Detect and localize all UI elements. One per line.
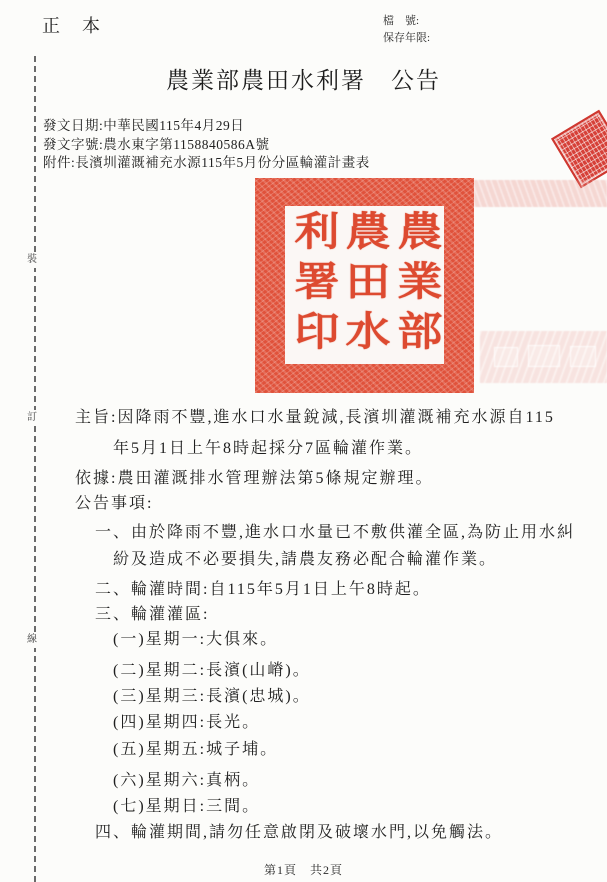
page-number-footer: 第1頁 共2頁 bbox=[0, 861, 607, 878]
binding-line bbox=[34, 56, 36, 882]
binding-char-zhuang: 裝 bbox=[22, 252, 42, 268]
item-3-rotation-zones: 三、輪灌灌區: bbox=[95, 601, 209, 624]
binding-char-ding: 訂 bbox=[22, 410, 42, 426]
zone-tuesday: (二)星期二:長濱(山嵴)。 bbox=[113, 657, 311, 680]
file-number-label: 檔 號: bbox=[383, 13, 430, 30]
binding-char-xian: 線 bbox=[22, 632, 42, 648]
item-1-line-2: 紛及造成不必要損失,請農友務必配合輪灌作業。 bbox=[113, 546, 497, 569]
official-seal: 農業部 農田水 利署印 bbox=[255, 178, 474, 393]
stamp-ghost-mark-top bbox=[474, 180, 607, 207]
document-meta: 發文日期:中華民國115年4月29日 發文字號:農水東字第1158840586A… bbox=[43, 117, 370, 173]
ghost-glyph bbox=[570, 346, 596, 367]
issue-date-line: 發文日期:中華民國115年4月29日 bbox=[43, 117, 370, 136]
basis-line: 依據:農田灌溉排水管理辦法第5條規定辦理。 bbox=[75, 465, 433, 488]
official-seal-text: 農業部 農田水 利署印 bbox=[285, 206, 444, 364]
zone-friday: (五)星期五:城子埔。 bbox=[113, 736, 278, 759]
document-title: 農業部農田水利署 公告 bbox=[0, 62, 607, 95]
document-number-line: 發文字號:農水東字第1158840586A號 bbox=[43, 136, 370, 155]
subject-line-1: 主旨:因降雨不豐,進水口水量銳減,長濱圳灌溉補充水源自115 bbox=[75, 404, 555, 427]
document-page: 裝 訂 線 正 本 檔 號: 保存年限: 農業部農田水利署 公告 發文日期:中華… bbox=[0, 0, 607, 882]
announcement-heading: 公告事項: bbox=[75, 490, 153, 513]
attachment-line: 附件:長濱圳灌溉補充水源115年5月份分區輪灌計畫表 bbox=[43, 154, 370, 173]
zone-monday: (一)星期一:大俱來。 bbox=[113, 626, 278, 649]
ghost-glyph bbox=[528, 345, 560, 367]
copy-type-label: 正 本 bbox=[42, 12, 102, 38]
item-1-line-1: 一、由於降雨不豐,進水口水量已不敷供灌全區,為防止用水糾 bbox=[95, 519, 575, 542]
ghost-glyph bbox=[494, 347, 518, 367]
subject-line-2: 年5月1日上午8時起採分7區輪灌作業。 bbox=[113, 435, 423, 458]
zone-saturday: (六)星期六:真柄。 bbox=[113, 767, 260, 790]
zone-thursday: (四)星期四:長光。 bbox=[113, 709, 260, 732]
file-reference-block: 檔 號: 保存年限: bbox=[383, 13, 430, 47]
zone-wednesday: (三)星期三:長濱(忠城)。 bbox=[113, 683, 311, 706]
seal-column-2: 農田水 bbox=[342, 210, 387, 360]
item-4-warning: 四、輪灌期間,請勿任意啟閉及破壞水門,以免觸法。 bbox=[95, 819, 503, 842]
item-2-rotation-time: 二、輪灌時間:自115年5月1日上午8時起。 bbox=[95, 576, 431, 599]
corner-stamp-icon bbox=[551, 110, 607, 189]
zone-sunday: (七)星期日:三間。 bbox=[113, 793, 260, 816]
seal-column-3: 利署印 bbox=[290, 210, 335, 360]
retention-period-label: 保存年限: bbox=[383, 30, 430, 47]
stamp-ghost-mark-middle bbox=[480, 331, 607, 383]
seal-column-1: 農業部 bbox=[394, 210, 439, 360]
